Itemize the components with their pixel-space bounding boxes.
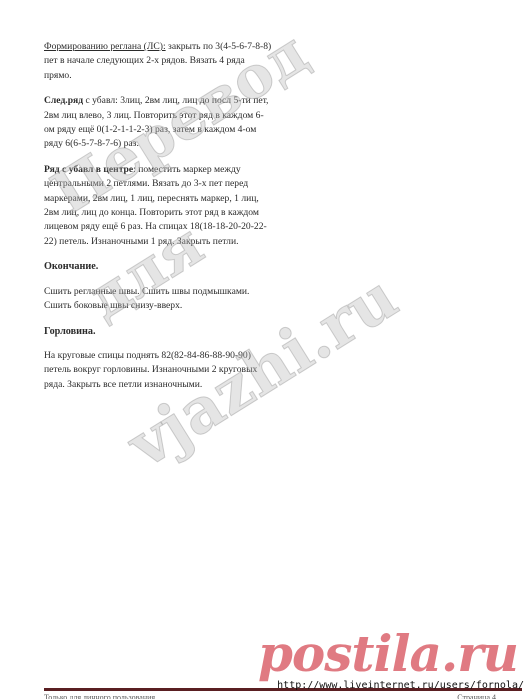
paragraph-text: : поместить маркер между центральными 2 … — [44, 164, 267, 247]
postila-logo: postila.ru — [258, 629, 518, 679]
heading-neckline: Горловина. — [44, 325, 274, 339]
paragraph-finishing: Сшить регланные швы. Сшить швы подмышкам… — [44, 285, 274, 314]
paragraph-center-decrease: Ряд с убавл в центре: поместить маркер м… — [44, 163, 274, 249]
paragraph-lead: Формированию реглана (ЛС): — [44, 41, 166, 52]
source-url[interactable]: http://www.liveinternet.ru/users/fornola… — [277, 680, 524, 691]
paragraph-lead: Ряд с убавл в центре — [44, 164, 133, 175]
document-body: Формированию реглана (ЛС): закрыть по 3(… — [44, 40, 274, 403]
paragraph-neckline: На круговые спицы поднять 82(82-84-86-88… — [44, 349, 274, 392]
page-number: Страница 4 — [457, 693, 496, 699]
paragraph-next-row: След.ряд с убавл: 3лиц, 2вм лиц, лиц до … — [44, 94, 274, 152]
paragraph-text: На круговые спицы поднять 82(82-84-86-88… — [44, 350, 257, 390]
paragraph-raglan-shaping: Формированию реглана (ЛС): закрыть по 3(… — [44, 40, 274, 83]
footer-note: Только для личного пользования — [44, 693, 155, 699]
heading-finishing: Окончание. — [44, 260, 274, 274]
paragraph-text: Сшить регланные швы. Сшить швы подмышкам… — [44, 286, 249, 311]
paragraph-lead: След.ряд — [44, 95, 83, 106]
